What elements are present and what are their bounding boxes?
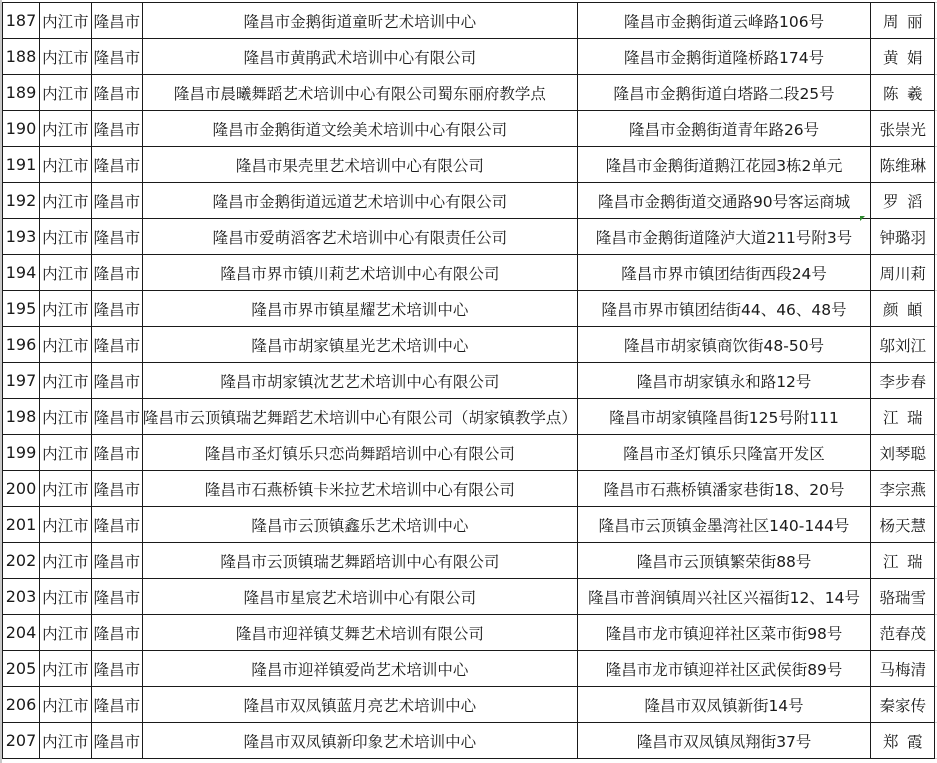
cell-institution-name[interactable]: 隆昌市晨曦舞蹈艺术培训中心有限公司蜀东丽府教学点	[142, 75, 577, 111]
cell-contact-person-text: 钟璐羽	[880, 229, 927, 247]
cell-index-text: 194	[6, 263, 37, 282]
cell-county[interactable]: 隆昌市	[91, 723, 142, 759]
cell-city-text: 内江市	[42, 409, 89, 427]
cell-county-text: 隆昌市	[94, 373, 141, 391]
cell-index[interactable]: 191	[3, 147, 40, 183]
cell-index[interactable]: 187	[3, 3, 40, 39]
table-row: 188内江市隆昌市隆昌市黄鹃武术培训中心有限公司隆昌市金鹅街道隆桥路174号黄娟	[3, 39, 937, 75]
cell-contact-person-text: 张崇光	[880, 121, 927, 139]
cell-county-text: 隆昌市	[94, 49, 141, 67]
cell-county-text: 隆昌市	[94, 85, 141, 103]
cell-address-text: 隆昌市云顶镇繁荣街88号	[637, 553, 812, 571]
cell-address-text: 隆昌市云顶镇金墨湾社区140-144号	[599, 517, 850, 535]
cell-contact-person[interactable]: 陈羲	[871, 75, 935, 111]
cell-address[interactable]: 隆昌市胡家镇永和路12号	[577, 363, 870, 399]
cell-contact-person[interactable]: 李宗燕	[871, 471, 935, 507]
cell-city[interactable]: 内江市	[39, 291, 91, 327]
cell-index[interactable]: 207	[3, 723, 40, 759]
cell-index-text: 191	[6, 155, 37, 174]
cell-contact-person[interactable]: 范春茂	[871, 615, 935, 651]
cell-index-text: 190	[6, 119, 37, 138]
cell-address-text: 隆昌市界市镇团结街西段24号	[621, 265, 827, 283]
cell-index-text: 205	[6, 659, 37, 678]
cell-contact-person[interactable]: 黄娟	[871, 39, 935, 75]
cell-address-text: 隆昌市金鹅街道隆桥路174号	[624, 49, 824, 67]
cell-address-text: 隆昌市龙市镇迎祥社区菜市街98号	[606, 625, 843, 643]
cell-institution-name[interactable]: 隆昌市迎祥镇艾舞艺术培训有限公司	[142, 615, 577, 651]
cell-institution-name-text: 隆昌市金鹅街道童昕艺术培训中心	[244, 10, 477, 32]
cell-index[interactable]: 188	[3, 39, 40, 75]
cell-county[interactable]: 隆昌市	[91, 255, 142, 291]
cell-contact-person[interactable]: 江瑞	[871, 543, 935, 579]
cell-county[interactable]: 隆昌市	[91, 291, 142, 327]
cell-index[interactable]: 203	[3, 579, 40, 615]
cell-address-text: 隆昌市胡家镇隆昌街125号附111	[609, 409, 839, 427]
cell-county-text: 隆昌市	[94, 337, 141, 355]
cell-institution-name[interactable]: 隆昌市星宸艺术培训中心有限公司	[142, 579, 577, 615]
cell-city-text: 内江市	[42, 265, 89, 283]
cell-contact-person[interactable]: 张崇光	[871, 111, 935, 147]
cell-county[interactable]: 隆昌市	[91, 39, 142, 75]
cell-address-text: 隆昌市普润镇周兴社区兴福街12、14号	[588, 589, 860, 607]
cell-index[interactable]: 192	[3, 183, 40, 219]
table-row: 191内江市隆昌市隆昌市果壳里艺术培训中心有限公司隆昌市金鹅街道鹅江花园3栋2单…	[3, 147, 937, 183]
cell-institution-name-text: 隆昌市星宸艺术培训中心有限公司	[244, 586, 477, 608]
cell-county[interactable]: 隆昌市	[91, 111, 142, 147]
cell-institution-name-text: 隆昌市圣灯镇乐只恋尚舞蹈培训中心有限公司	[205, 442, 515, 464]
cell-contact-person-text: 陈维琳	[880, 157, 927, 175]
cell-institution-name-text: 隆昌市晨曦舞蹈艺术培训中心有限公司蜀东丽府教学点	[174, 82, 546, 104]
cell-city[interactable]: 内江市	[39, 111, 91, 147]
cell-city-text: 内江市	[42, 157, 89, 175]
cell-contact-person[interactable]: 罗滔	[871, 183, 935, 219]
cell-county-text: 隆昌市	[94, 409, 141, 427]
cell-county[interactable]: 隆昌市	[91, 147, 142, 183]
cell-address-text: 隆昌市金鹅街道交通路90号客运商城	[598, 193, 850, 211]
cell-index-text: 198	[6, 407, 37, 426]
training-institutions-table: 187内江市隆昌市隆昌市金鹅街道童昕艺术培训中心隆昌市金鹅街道云峰路106号周丽…	[2, 2, 937, 759]
cell-institution-name[interactable]: 隆昌市胡家镇星光艺术培训中心	[142, 327, 577, 363]
table-row: 192内江市隆昌市隆昌市金鹅街道远道艺术培训中心有限公司隆昌市金鹅街道交通路90…	[3, 183, 937, 219]
cell-county-text: 隆昌市	[94, 121, 141, 139]
cell-county-text: 隆昌市	[94, 517, 141, 535]
cell-institution-name-text: 隆昌市双凤镇蓝月亮艺术培训中心	[244, 694, 477, 716]
cell-city[interactable]: 内江市	[39, 147, 91, 183]
cell-contact-person-text: 江瑞	[883, 553, 931, 571]
cell-address[interactable]: 隆昌市金鹅街道隆泸大道211号附3号	[577, 219, 870, 255]
table-row: 187内江市隆昌市隆昌市金鹅街道童昕艺术培训中心隆昌市金鹅街道云峰路106号周丽	[3, 3, 937, 39]
cell-institution-name[interactable]: 隆昌市云顶镇鑫乐艺术培训中心	[142, 507, 577, 543]
cell-institution-name-text: 隆昌市金鹅街道远道艺术培训中心有限公司	[213, 190, 508, 212]
cell-address[interactable]: 隆昌市石燕桥镇潘家巷街18、20号	[577, 471, 870, 507]
cell-contact-person[interactable]: 刘琴聪	[871, 435, 935, 471]
cell-city[interactable]: 内江市	[39, 183, 91, 219]
cell-contact-person[interactable]: 邬刘江	[871, 327, 935, 363]
cell-institution-name[interactable]: 隆昌市界市镇川莉艺术培训中心有限公司	[142, 255, 577, 291]
cell-county[interactable]: 隆昌市	[91, 363, 142, 399]
cell-contact-person[interactable]: 马梅清	[871, 651, 935, 687]
cell-county[interactable]: 隆昌市	[91, 507, 142, 543]
cell-address[interactable]: 隆昌市普润镇周兴社区兴福街12、14号	[577, 579, 870, 615]
cell-city[interactable]: 内江市	[39, 327, 91, 363]
cell-contact-person-text: 郑霞	[883, 733, 931, 751]
table-row: 198内江市隆昌市隆昌市云顶镇瑞艺舞蹈艺术培训中心有限公司（胡家镇教学点）隆昌市…	[3, 399, 937, 435]
cell-institution-name[interactable]: 隆昌市界市镇星耀艺术培训中心	[142, 291, 577, 327]
cell-address[interactable]: 隆昌市双凤镇凤翔街37号	[577, 723, 870, 759]
cell-city-text: 内江市	[42, 85, 89, 103]
cell-institution-name-text: 隆昌市云顶镇瑞艺舞蹈培训中心有限公司	[220, 550, 499, 572]
cell-city[interactable]: 内江市	[39, 39, 91, 75]
table-row: 197内江市隆昌市隆昌市胡家镇沈艺艺术培训中心有限公司隆昌市胡家镇永和路12号李…	[3, 363, 937, 399]
cell-institution-name[interactable]: 隆昌市圣灯镇乐只恋尚舞蹈培训中心有限公司	[142, 435, 577, 471]
cell-institution-name[interactable]: 隆昌市云顶镇瑞艺舞蹈艺术培训中心有限公司（胡家镇教学点）	[142, 399, 577, 435]
cell-address-text: 隆昌市界市镇团结街44、46、48号	[601, 301, 846, 319]
cell-index-text: 196	[6, 335, 37, 354]
table-row: 189内江市隆昌市隆昌市晨曦舞蹈艺术培训中心有限公司蜀东丽府教学点隆昌市金鹅街道…	[3, 75, 937, 111]
cell-county-text: 隆昌市	[94, 661, 141, 679]
table-row: 196内江市隆昌市隆昌市胡家镇星光艺术培训中心隆昌市胡家镇商饮街48-50号邬刘…	[3, 327, 937, 363]
cell-index[interactable]: 205	[3, 651, 40, 687]
cell-county[interactable]: 隆昌市	[91, 327, 142, 363]
cell-contact-person-text: 李宗燕	[880, 481, 927, 499]
cell-county-text: 隆昌市	[94, 589, 141, 607]
cell-address[interactable]: 隆昌市双凤镇新街14号	[577, 687, 870, 723]
cell-city[interactable]: 内江市	[39, 3, 91, 39]
cell-city-text: 内江市	[42, 697, 89, 715]
cell-city[interactable]: 内江市	[39, 471, 91, 507]
cell-county-text: 隆昌市	[94, 733, 141, 751]
cell-institution-name[interactable]: 隆昌市金鹅街道远道艺术培训中心有限公司	[142, 183, 577, 219]
table-row: 193内江市隆昌市隆昌市爱萌滔客艺术培训中心有限责任公司隆昌市金鹅街道隆泸大道2…	[3, 219, 937, 255]
cell-address-text: 隆昌市圣灯镇乐只隆富开发区	[623, 445, 825, 463]
cell-county-text: 隆昌市	[94, 625, 141, 643]
cell-county[interactable]: 隆昌市	[91, 579, 142, 615]
cell-city-text: 内江市	[42, 553, 89, 571]
cell-index[interactable]: 193	[3, 219, 40, 255]
table-row: 203内江市隆昌市隆昌市星宸艺术培训中心有限公司隆昌市普润镇周兴社区兴福街12、…	[3, 579, 937, 615]
cell-address-text: 隆昌市金鹅街道鹅江花园3栋2单元	[606, 157, 843, 175]
cell-index[interactable]: 199	[3, 435, 40, 471]
cell-city-text: 内江市	[42, 661, 89, 679]
cell-index-text: 206	[6, 695, 37, 714]
cell-institution-name[interactable]: 隆昌市金鹅街道文绘美术培训中心有限公司	[142, 111, 577, 147]
cell-contact-person[interactable]: 杨天慧	[871, 507, 935, 543]
cell-institution-name[interactable]: 隆昌市迎祥镇爱尚艺术培训中心	[142, 651, 577, 687]
cell-city[interactable]: 内江市	[39, 399, 91, 435]
table-row: 207内江市隆昌市隆昌市双凤镇新印象艺术培训中心隆昌市双凤镇凤翔街37号郑霞	[3, 723, 937, 759]
cell-contact-person-text: 罗滔	[883, 193, 931, 211]
table-row: 201内江市隆昌市隆昌市云顶镇鑫乐艺术培训中心隆昌市云顶镇金墨湾社区140-14…	[3, 507, 937, 543]
cell-institution-name-text: 隆昌市界市镇星耀艺术培训中心	[251, 298, 468, 320]
cell-institution-name[interactable]: 隆昌市黄鹃武术培训中心有限公司	[142, 39, 577, 75]
cell-contact-person-text: 颜頔	[883, 301, 931, 319]
cell-address[interactable]: 隆昌市金鹅街道白塔路二段25号	[577, 75, 870, 111]
cell-county-text: 隆昌市	[94, 265, 141, 283]
cell-institution-name[interactable]: 隆昌市双凤镇蓝月亮艺术培训中心	[142, 687, 577, 723]
cell-institution-name-text: 隆昌市云顶镇瑞艺舞蹈艺术培训中心有限公司（胡家镇教学点）	[143, 406, 577, 428]
cell-contact-person[interactable]: 周丽	[871, 3, 935, 39]
cell-index-text: 192	[6, 191, 37, 210]
cell-county-text: 隆昌市	[94, 193, 141, 211]
cell-city-text: 内江市	[42, 49, 89, 67]
cell-institution-name-text: 隆昌市迎祥镇爱尚艺术培训中心	[251, 658, 468, 680]
cell-contact-person-text: 范春茂	[880, 625, 927, 643]
cell-county-text: 隆昌市	[94, 697, 141, 715]
cell-county[interactable]: 隆昌市	[91, 651, 142, 687]
cell-contact-person[interactable]: 秦家传	[871, 687, 935, 723]
cell-index-text: 188	[6, 47, 37, 66]
cell-contact-person-text: 刘琴聪	[880, 445, 927, 463]
cell-city[interactable]: 内江市	[39, 723, 91, 759]
cell-city-text: 内江市	[42, 193, 89, 211]
cell-city[interactable]: 内江市	[39, 651, 91, 687]
cell-index[interactable]: 196	[3, 327, 40, 363]
cell-city[interactable]: 内江市	[39, 75, 91, 111]
table-row: 204内江市隆昌市隆昌市迎祥镇艾舞艺术培训有限公司隆昌市龙市镇迎祥社区菜市街98…	[3, 615, 937, 651]
cell-county[interactable]: 隆昌市	[91, 75, 142, 111]
cell-contact-person[interactable]: 周川莉	[871, 255, 935, 291]
cell-contact-person-text: 邬刘江	[880, 337, 927, 355]
cell-address[interactable]: 隆昌市金鹅街道青年路26号	[577, 111, 870, 147]
cell-address[interactable]: 隆昌市圣灯镇乐只隆富开发区	[577, 435, 870, 471]
cell-county[interactable]: 隆昌市	[91, 543, 142, 579]
cell-city[interactable]: 内江市	[39, 255, 91, 291]
cell-address[interactable]: 隆昌市金鹅街道鹅江花园3栋2单元	[577, 147, 870, 183]
cell-index-text: 207	[6, 731, 37, 750]
cell-institution-name[interactable]: 隆昌市果壳里艺术培训中心有限公司	[142, 147, 577, 183]
cell-contact-person-text: 马梅清	[880, 661, 927, 679]
cell-address[interactable]: 隆昌市云顶镇金墨湾社区140-144号	[577, 507, 870, 543]
cell-contact-person[interactable]: 李步春	[871, 363, 935, 399]
cell-index[interactable]: 189	[3, 75, 40, 111]
cell-address[interactable]: 隆昌市界市镇团结街西段24号	[577, 255, 870, 291]
cell-county-text: 隆昌市	[94, 229, 141, 247]
cell-address-text: 隆昌市石燕桥镇潘家巷街18、20号	[604, 481, 845, 499]
cell-contact-person-text: 骆瑞雪	[880, 589, 927, 607]
cell-institution-name[interactable]: 隆昌市云顶镇瑞艺舞蹈培训中心有限公司	[142, 543, 577, 579]
cell-index[interactable]: 204	[3, 615, 40, 651]
cell-institution-name-text: 隆昌市云顶镇鑫乐艺术培训中心	[251, 514, 468, 536]
cell-county[interactable]: 隆昌市	[91, 687, 142, 723]
cell-city-text: 内江市	[42, 517, 89, 535]
cell-city-text: 内江市	[42, 337, 89, 355]
cell-contact-person[interactable]: 骆瑞雪	[871, 579, 935, 615]
cell-institution-name-text: 隆昌市胡家镇沈艺艺术培训中心有限公司	[220, 370, 499, 392]
cell-index-text: 203	[6, 587, 37, 606]
cell-county[interactable]: 隆昌市	[91, 615, 142, 651]
cell-city-text: 内江市	[42, 121, 89, 139]
cell-county[interactable]: 隆昌市	[91, 219, 142, 255]
cell-institution-name[interactable]: 隆昌市爱萌滔客艺术培训中心有限责任公司	[142, 219, 577, 255]
cell-county-text: 隆昌市	[94, 157, 141, 175]
cell-institution-name-text: 隆昌市金鹅街道文绘美术培训中心有限公司	[213, 118, 508, 140]
table-row: 199内江市隆昌市隆昌市圣灯镇乐只恋尚舞蹈培训中心有限公司隆昌市圣灯镇乐只隆富开…	[3, 435, 937, 471]
cell-address[interactable]: 隆昌市胡家镇商饮街48-50号	[577, 327, 870, 363]
cell-index[interactable]: 206	[3, 687, 40, 723]
cell-county[interactable]: 隆昌市	[91, 3, 142, 39]
cell-index-text: 195	[6, 299, 37, 318]
cell-contact-person[interactable]: 江瑞	[871, 399, 935, 435]
cell-city[interactable]: 内江市	[39, 615, 91, 651]
cell-contact-person[interactable]: 颜頔	[871, 291, 935, 327]
table-row: 205内江市隆昌市隆昌市迎祥镇爱尚艺术培训中心隆昌市龙市镇迎祥社区武侯街89号马…	[3, 651, 937, 687]
cell-index[interactable]: 200	[3, 471, 40, 507]
cell-institution-name[interactable]: 隆昌市双凤镇新印象艺术培训中心	[142, 723, 577, 759]
cell-index-text: 201	[6, 515, 37, 534]
cell-contact-person[interactable]: 陈维琳	[871, 147, 935, 183]
cell-index-text: 204	[6, 623, 37, 642]
cell-city-text: 内江市	[42, 301, 89, 319]
cell-county-text: 隆昌市	[94, 481, 141, 499]
cell-index-text: 202	[6, 551, 37, 570]
table-body: 187内江市隆昌市隆昌市金鹅街道童昕艺术培训中心隆昌市金鹅街道云峰路106号周丽…	[3, 3, 937, 759]
cell-county-text: 隆昌市	[94, 301, 141, 319]
cell-index[interactable]: 201	[3, 507, 40, 543]
cell-institution-name-text: 隆昌市爱萌滔客艺术培训中心有限责任公司	[213, 226, 508, 248]
cell-index[interactable]: 190	[3, 111, 40, 147]
cell-contact-person-text: 杨天慧	[880, 517, 927, 535]
cell-address[interactable]: 隆昌市龙市镇迎祥社区武侯街89号	[577, 651, 870, 687]
cell-index-text: 187	[6, 11, 37, 30]
cell-address[interactable]: 隆昌市金鹅街道隆桥路174号	[577, 39, 870, 75]
cell-address-text: 隆昌市双凤镇新街14号	[644, 697, 803, 715]
table-row: 190内江市隆昌市隆昌市金鹅街道文绘美术培训中心有限公司隆昌市金鹅街道青年路26…	[3, 111, 937, 147]
cell-county[interactable]: 隆昌市	[91, 183, 142, 219]
cell-city[interactable]: 内江市	[39, 579, 91, 615]
cell-address[interactable]: 隆昌市金鹅街道交通路90号客运商城	[577, 183, 870, 219]
cell-contact-person-text: 周川莉	[880, 265, 927, 283]
cell-institution-name-text: 隆昌市迎祥镇艾舞艺术培训有限公司	[236, 622, 484, 644]
cell-comment-marker	[860, 216, 865, 221]
cell-county-text: 隆昌市	[94, 13, 141, 31]
cell-contact-person-text: 周丽	[883, 13, 931, 31]
cell-index-text: 197	[6, 371, 37, 390]
cell-county-text: 隆昌市	[94, 553, 141, 571]
cell-institution-name-text: 隆昌市界市镇川莉艺术培训中心有限公司	[220, 262, 499, 284]
cell-address-text: 隆昌市龙市镇迎祥社区武侯街89号	[606, 661, 843, 679]
cell-county[interactable]: 隆昌市	[91, 399, 142, 435]
cell-institution-name-text: 隆昌市果壳里艺术培训中心有限公司	[236, 154, 484, 176]
cell-index-text: 189	[6, 83, 37, 102]
cell-institution-name-text: 隆昌市黄鹃武术培训中心有限公司	[244, 46, 477, 68]
cell-city-text: 内江市	[42, 481, 89, 499]
cell-address-text: 隆昌市金鹅街道白塔路二段25号	[613, 85, 834, 103]
cell-contact-person[interactable]: 钟璐羽	[871, 219, 935, 255]
cell-city-text: 内江市	[42, 445, 89, 463]
cell-city-text: 内江市	[42, 625, 89, 643]
cell-address-text: 隆昌市金鹅街道青年路26号	[629, 121, 819, 139]
cell-city[interactable]: 内江市	[39, 687, 91, 723]
cell-institution-name-text: 隆昌市石燕桥镇卡米拉艺术培训中心有限公司	[205, 478, 515, 500]
cell-index[interactable]: 197	[3, 363, 40, 399]
cell-city-text: 内江市	[42, 373, 89, 391]
cell-index[interactable]: 195	[3, 291, 40, 327]
cell-address-text: 隆昌市金鹅街道云峰路106号	[624, 13, 824, 31]
cell-institution-name-text: 隆昌市双凤镇新印象艺术培训中心	[244, 730, 477, 752]
cell-institution-name[interactable]: 隆昌市石燕桥镇卡米拉艺术培训中心有限公司	[142, 471, 577, 507]
table-row: 195内江市隆昌市隆昌市界市镇星耀艺术培训中心隆昌市界市镇团结街44、46、48…	[3, 291, 937, 327]
cell-city-text: 内江市	[42, 733, 89, 751]
table-row: 202内江市隆昌市隆昌市云顶镇瑞艺舞蹈培训中心有限公司隆昌市云顶镇繁荣街88号江…	[3, 543, 937, 579]
cell-contact-person[interactable]: 郑霞	[871, 723, 935, 759]
cell-index-text: 200	[6, 479, 37, 498]
cell-city[interactable]: 内江市	[39, 219, 91, 255]
cell-contact-person-text: 黄娟	[883, 49, 931, 67]
cell-institution-name[interactable]: 隆昌市金鹅街道童昕艺术培训中心	[142, 3, 577, 39]
cell-index[interactable]: 194	[3, 255, 40, 291]
cell-county[interactable]: 隆昌市	[91, 435, 142, 471]
cell-city-text: 内江市	[42, 229, 89, 247]
table-row: 200内江市隆昌市隆昌市石燕桥镇卡米拉艺术培训中心有限公司隆昌市石燕桥镇潘家巷街…	[3, 471, 937, 507]
cell-address[interactable]: 隆昌市胡家镇隆昌街125号附111	[577, 399, 870, 435]
cell-index-text: 193	[6, 227, 37, 246]
cell-institution-name-text: 隆昌市胡家镇星光艺术培训中心	[251, 334, 468, 356]
cell-address[interactable]: 隆昌市界市镇团结街44、46、48号	[577, 291, 870, 327]
spreadsheet-view: 187内江市隆昌市隆昌市金鹅街道童昕艺术培训中心隆昌市金鹅街道云峰路106号周丽…	[0, 0, 937, 763]
cell-index-text: 199	[6, 443, 37, 462]
table-row: 206内江市隆昌市隆昌市双凤镇蓝月亮艺术培训中心隆昌市双凤镇新街14号秦家传	[3, 687, 937, 723]
cell-contact-person-text: 江瑞	[883, 409, 931, 427]
table-row: 194内江市隆昌市隆昌市界市镇川莉艺术培训中心有限公司隆昌市界市镇团结街西段24…	[3, 255, 937, 291]
cell-city-text: 内江市	[42, 13, 89, 31]
cell-county-text: 隆昌市	[94, 445, 141, 463]
cell-city[interactable]: 内江市	[39, 363, 91, 399]
cell-index[interactable]: 198	[3, 399, 40, 435]
cell-contact-person-text: 陈羲	[883, 85, 931, 103]
cell-address-text: 隆昌市金鹅街道隆泸大道211号附3号	[596, 229, 852, 247]
cell-contact-person-text: 秦家传	[880, 697, 927, 715]
cell-contact-person-text: 李步春	[880, 373, 927, 391]
cell-city[interactable]: 内江市	[39, 435, 91, 471]
cell-city[interactable]: 内江市	[39, 507, 91, 543]
cell-address[interactable]: 隆昌市云顶镇繁荣街88号	[577, 543, 870, 579]
cell-city-text: 内江市	[42, 589, 89, 607]
cell-address[interactable]: 隆昌市龙市镇迎祥社区菜市街98号	[577, 615, 870, 651]
cell-county[interactable]: 隆昌市	[91, 471, 142, 507]
cell-index[interactable]: 202	[3, 543, 40, 579]
cell-institution-name[interactable]: 隆昌市胡家镇沈艺艺术培训中心有限公司	[142, 363, 577, 399]
cell-address-text: 隆昌市胡家镇永和路12号	[637, 373, 812, 391]
cell-address-text: 隆昌市双凤镇凤翔街37号	[637, 733, 812, 751]
cell-address-text: 隆昌市胡家镇商饮街48-50号	[624, 337, 824, 355]
cell-city[interactable]: 内江市	[39, 543, 91, 579]
cell-address[interactable]: 隆昌市金鹅街道云峰路106号	[577, 3, 870, 39]
